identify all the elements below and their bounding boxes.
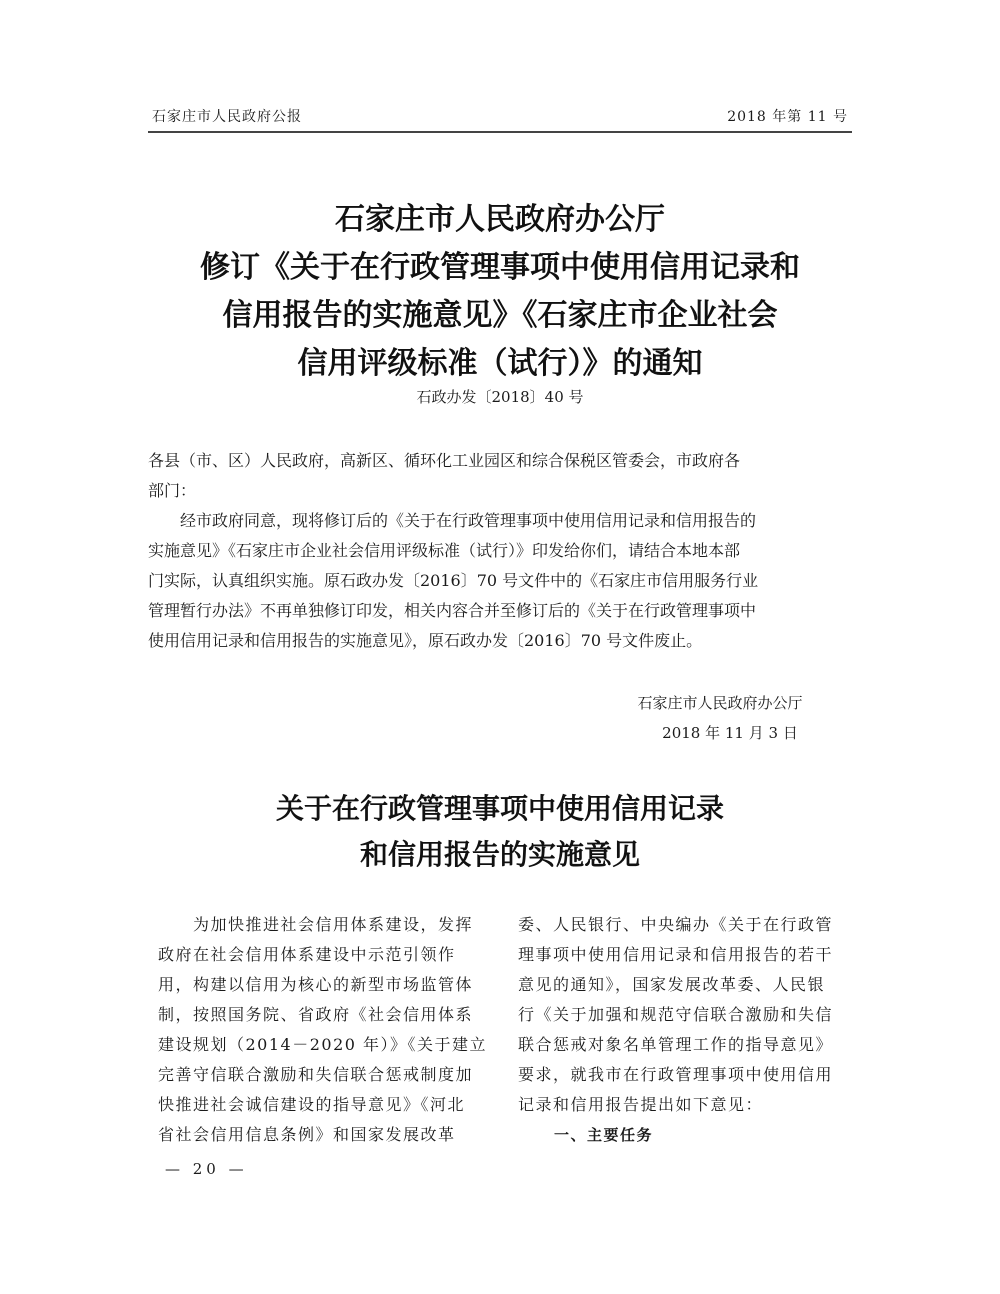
notice-title-line: 信用报告的实施意见》《石家庄市企业社会 — [0, 292, 1000, 340]
publication-name: 石家庄市人民政府公报 — [152, 106, 302, 126]
left-column: 为加快推进社会信用体系建设，发挥 政府在社会信用体系建设中示范引领作 用，构建以… — [158, 910, 488, 1150]
notice-body: 经市政府同意，现将修订后的《关于在行政管理事项中使用信用记录和信用报告的 实施意… — [148, 506, 856, 656]
column-line: 联合惩戒对象名单管理工作的指导意见》 — [518, 1030, 848, 1060]
notice-title-line: 修订《关于在行政管理事项中使用信用记录和 — [0, 244, 1000, 292]
column-line: 用，构建以信用为核心的新型市场监管体 — [158, 970, 488, 1000]
signature: 石家庄市人民政府办公厅 — [600, 688, 840, 718]
column-line: 意见的通知》，国家发展改革委、人民银 — [518, 970, 848, 1000]
notice-title-line: 石家庄市人民政府办公厅 — [0, 196, 1000, 244]
column-line: 快推进社会诚信建设的指导意见》《河北 — [158, 1090, 488, 1120]
column-line: 为加快推进社会信用体系建设，发挥 — [158, 910, 488, 940]
header-rule — [148, 131, 852, 133]
notice-title-line: 信用评级标准（试行）》的通知 — [0, 340, 1000, 388]
body-line: 经市政府同意，现将修订后的《关于在行政管理事项中使用信用记录和信用报告的 — [148, 506, 856, 536]
recipients: 各县（市、区）人民政府，高新区、循环化工业园区和综合保税区管委会，市政府各 部门… — [148, 446, 856, 506]
column-line: 制，按照国务院、省政府《社会信用体系 — [158, 1000, 488, 1030]
body-line: 门实际，认真组织实施。原石政办发〔2016〕70 号文件中的《石家庄市信用服务行… — [148, 566, 856, 596]
opinion-title: 关于在行政管理事项中使用信用记录 和信用报告的实施意见 — [0, 786, 1000, 878]
opinion-title-line: 和信用报告的实施意见 — [0, 832, 1000, 878]
recipients-line: 各县（市、区）人民政府，高新区、循环化工业园区和综合保税区管委会，市政府各 — [148, 446, 856, 476]
body-line: 使用信用记录和信用报告的实施意见》，原石政办发〔2016〕70 号文件废止。 — [148, 626, 856, 656]
issue-number: 2018 年第 11 号 — [727, 106, 848, 126]
document-number: 石政办发〔2018〕40 号 — [0, 386, 1000, 407]
column-line: 理事项中使用信用记录和信用报告的若干 — [518, 940, 848, 970]
column-line: 行《关于加强和规范守信联合激励和失信 — [518, 1000, 848, 1030]
column-line: 完善守信联合激励和失信联合惩戒制度加 — [158, 1060, 488, 1090]
column-line: 政府在社会信用体系建设中示范引领作 — [158, 940, 488, 970]
body-line: 管理暂行办法》不再单独修订印发，相关内容合并至修订后的《关于在行政管理事项中 — [148, 596, 856, 626]
signature-block: 石家庄市人民政府办公厅 2018 年 11 月 3 日 — [600, 688, 840, 748]
opinion-title-line: 关于在行政管理事项中使用信用记录 — [0, 786, 1000, 832]
recipients-line: 部门： — [148, 476, 856, 506]
column-line: 建设规划（2014－2020 年）》《关于建立 — [158, 1030, 488, 1060]
column-line: 记录和信用报告提出如下意见： — [518, 1090, 848, 1120]
signature-date: 2018 年 11 月 3 日 — [600, 718, 840, 748]
right-column: 委、人民银行、中央编办《关于在行政管 理事项中使用信用记录和信用报告的若干 意见… — [518, 910, 848, 1150]
body-line: 实施意见》《石家庄市企业社会信用评级标准（试行）》印发给你们，请结合本地本部 — [148, 536, 856, 566]
column-line: 省社会信用信息条例》和国家发展改革 — [158, 1120, 488, 1150]
notice-title: 石家庄市人民政府办公厅 修订《关于在行政管理事项中使用信用记录和 信用报告的实施… — [0, 196, 1000, 388]
column-line: 委、人民银行、中央编办《关于在行政管 — [518, 910, 848, 940]
page-number: — 20 — — [165, 1160, 248, 1178]
section-heading: 一、主要任务 — [518, 1120, 848, 1150]
column-line: 要求，就我市在行政管理事项中使用信用 — [518, 1060, 848, 1090]
